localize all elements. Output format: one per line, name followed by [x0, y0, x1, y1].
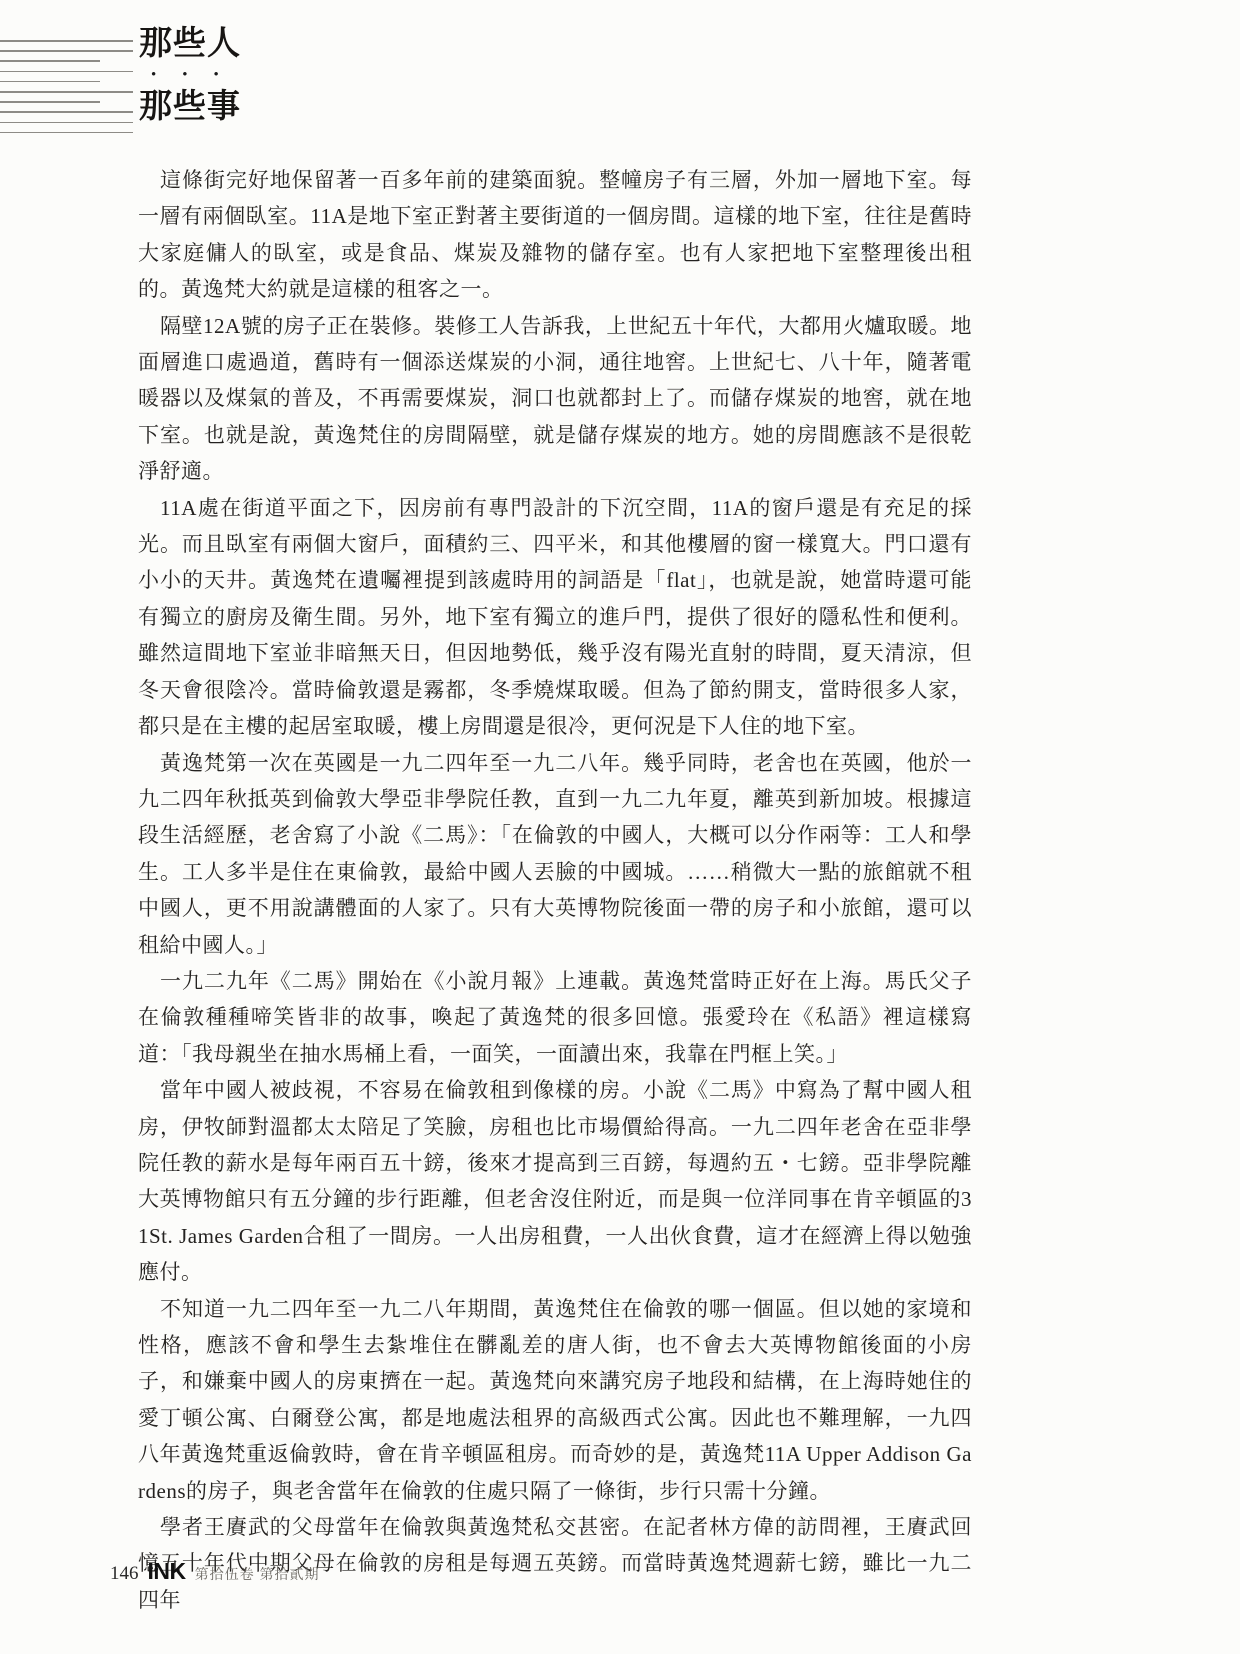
volume-issue: 第拾伍卷 第拾貳期 — [195, 1564, 320, 1584]
article-paragraph-4: 黃逸梵第一次在英國是一九二四年至一九二八年。幾乎同時，老舍也在英國，他於一九二四… — [138, 745, 972, 963]
magazine-logo: INK — [148, 1558, 186, 1585]
decorative-line — [0, 81, 100, 83]
decorative-line — [0, 71, 133, 73]
magazine-page: 那些人 ••• 那些事 這條街完好地保留著一百多年前的建築面貌。整幢房子有三層，… — [0, 0, 1240, 1654]
title-dots-decoration: ••• — [139, 62, 245, 89]
article-paragraph-5: 一九二九年《二馬》開始在《小說月報》上連載。黃逸梵當時正好在上海。馬氏父子在倫敦… — [138, 963, 972, 1072]
article-paragraph-1: 這條街完好地保留著一百多年前的建築面貌。整幢房子有三層，外加一層地下室。每一層有… — [138, 162, 972, 308]
page-footer: 146 INK 第拾伍卷 第拾貳期 — [110, 1558, 320, 1585]
article-paragraph-7: 不知道一九二四年至一九二八年期間，黃逸梵住在倫敦的哪一個區。但以她的家境和性格，… — [138, 1291, 972, 1509]
decorative-line — [0, 91, 133, 93]
section-title-line2: 那些事 — [139, 89, 245, 125]
decorative-line — [0, 60, 100, 62]
section-title-line1: 那些人 — [139, 26, 245, 62]
decorative-line — [0, 111, 133, 113]
article-paragraph-2: 隔壁12A號的房子正在裝修。裝修工人告訴我，上世紀五十年代，大都用火爐取暖。地面… — [138, 308, 972, 490]
decorative-line — [0, 50, 133, 52]
decorative-line — [0, 122, 133, 124]
page-number: 146 — [110, 1563, 139, 1585]
decorative-lines — [0, 40, 133, 133]
decorative-line — [0, 40, 133, 42]
article-paragraph-6: 當年中國人被歧視，不容易在倫敦租到像樣的房。小說《二馬》中寫為了幫中國人租房，伊… — [138, 1072, 972, 1290]
decorative-line — [0, 132, 133, 134]
article-body: 這條街完好地保留著一百多年前的建築面貌。整幢房子有三層，外加一層地下室。每一層有… — [138, 162, 972, 1618]
decorative-line — [0, 101, 100, 103]
article-paragraph-3: 11A處在街道平面之下，因房前有專門設計的下沉空間，11A的窗戶還是有充足的採光… — [138, 490, 972, 745]
section-title: 那些人 ••• 那些事 — [139, 26, 245, 125]
